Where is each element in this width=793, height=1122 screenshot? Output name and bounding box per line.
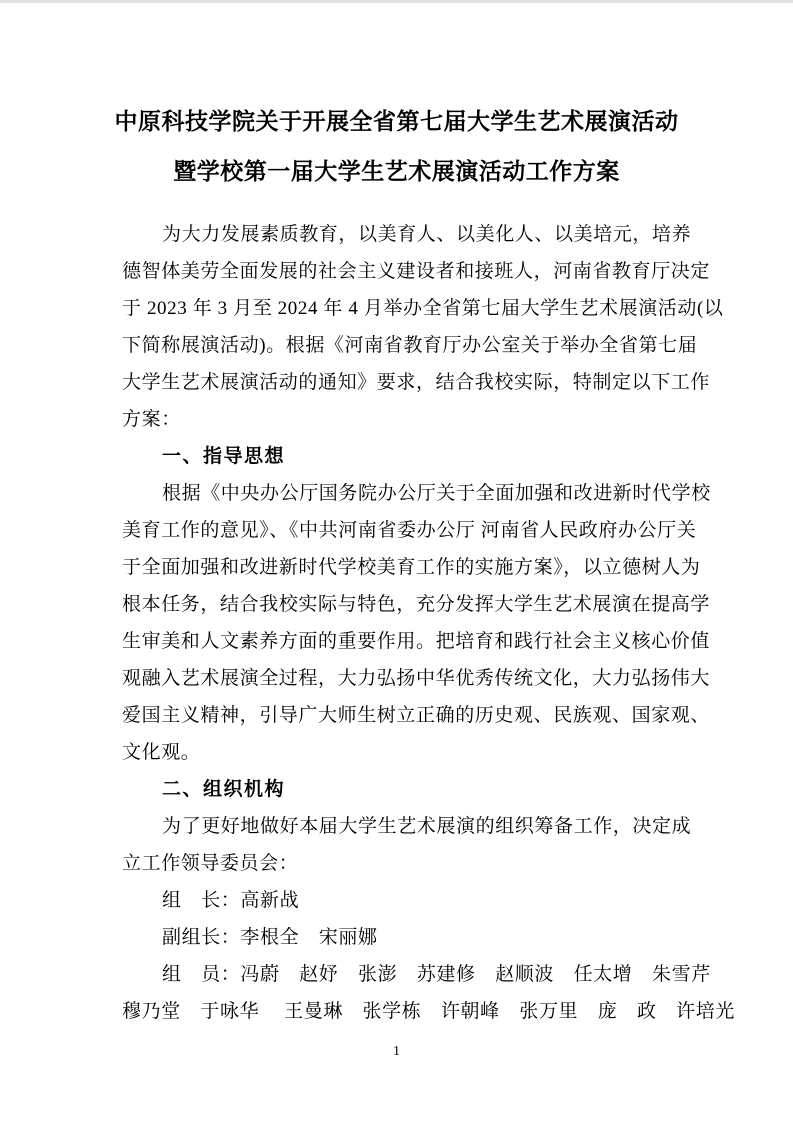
section-heading: 一、指导思想: [122, 438, 722, 475]
body-line: 穆乃堂 于咏华 王曼琳 张学栋 许朝峰 张万里 庞 政 许培光: [122, 993, 722, 1030]
body-line: 根本任务，结合我校实际与特色，充分发挥大学生艺术展演在提高学: [122, 586, 722, 623]
body-line: 德智体美劳全面发展的社会主义建设者和接班人，河南省教育厅决定: [122, 253, 722, 290]
body-line: 为大力发展素质教育，以美育人、以美化人、以美培元，培养: [122, 216, 722, 253]
section-heading: 二、组织机构: [122, 771, 722, 808]
body-line: 大学生艺术展演活动的通知》要求，结合我校实际，特制定以下工作: [122, 364, 722, 401]
body-line: 立工作领导委员会：: [122, 845, 722, 882]
document-body: 为大力发展素质教育，以美育人、以美化人、以美培元，培养德智体美劳全面发展的社会主…: [122, 216, 722, 1030]
body-line: 美育工作的意见》、《中共河南省委办公厅 河南省人民政府办公厅关: [122, 512, 722, 549]
page-number: 1: [0, 1044, 793, 1060]
title-line-2: 暨学校第一届大学生艺术展演活动工作方案: [40, 146, 753, 196]
body-line: 文化观。: [122, 734, 722, 771]
document-title: 中原科技学院关于开展全省第七届大学生艺术展演活动 暨学校第一届大学生艺术展演活动…: [40, 96, 753, 196]
body-line: 爱国主义精神，引导广大师生树立正确的历史观、民族观、国家观、: [122, 697, 722, 734]
body-line: 组 长：高新战: [122, 882, 722, 919]
title-line-1: 中原科技学院关于开展全省第七届大学生艺术展演活动: [40, 96, 753, 146]
body-line: 观融入艺术展演全过程，大力弘扬中华优秀传统文化，大力弘扬伟大: [122, 660, 722, 697]
body-line: 根据《中央办公厅国务院办公厅关于全面加强和改进新时代学校: [122, 475, 722, 512]
body-line: 组 员：冯蔚 赵妤 张澎 苏建修 赵顺波 任太增 朱雪芹: [122, 956, 722, 993]
page-top-edge: [0, 0, 793, 3]
body-line: 于全面加强和改进新时代学校美育工作的实施方案》，以立德树人为: [122, 549, 722, 586]
body-line: 为了更好地做好本届大学生艺术展演的组织筹备工作，决定成: [122, 808, 722, 845]
body-line: 于 2023 年 3 月至 2024 年 4 月举办全省第七届大学生艺术展演活动…: [122, 290, 722, 327]
body-line: 下简称展演活动)。根据《河南省教育厅办公室关于举办全省第七届: [122, 327, 722, 364]
body-line: 副组长：李根全 宋丽娜: [122, 919, 722, 956]
document-page: 中原科技学院关于开展全省第七届大学生艺术展演活动 暨学校第一届大学生艺术展演活动…: [0, 0, 793, 1122]
body-line: 生审美和人文素养方面的重要作用。把培育和践行社会主义核心价值: [122, 623, 722, 660]
body-line: 方案：: [122, 401, 722, 438]
